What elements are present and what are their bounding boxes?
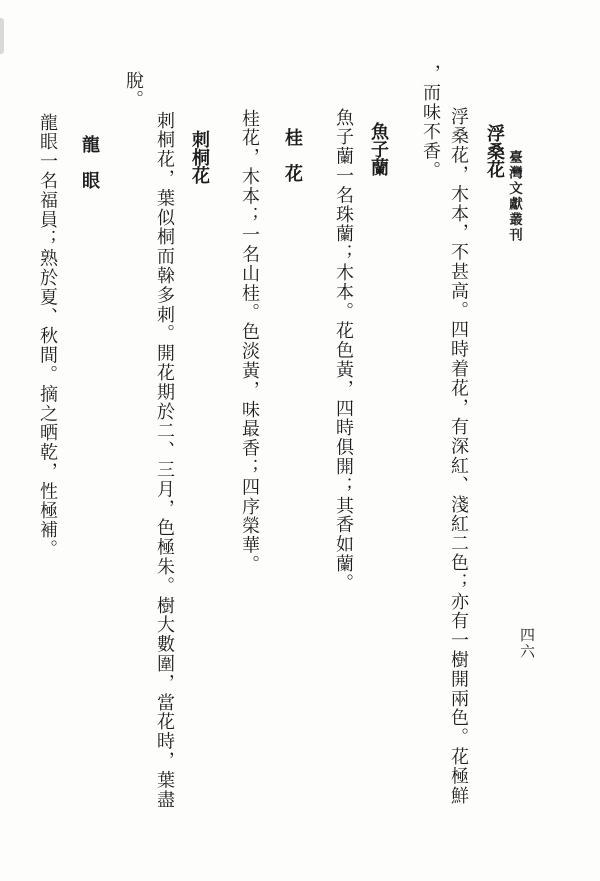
entry-heading-fusanghua: 浮桑花 [481, 124, 507, 178]
entry-heading-longyan: 龍 眼 [76, 135, 102, 189]
entry-heading-guihua: 桂 花 [279, 128, 305, 182]
series-title: 臺灣文獻叢刊 [504, 150, 524, 243]
scan-edge-artifact [0, 18, 4, 54]
entry-body-column: 桂花，木本；一名山桂。色淡黃，味最香；四序榮華。 [236, 109, 262, 575]
entry-body-column: 龍眼一名福員；熟於夏、秋間。摘之晒乾，性極補。 [34, 113, 60, 559]
entry-heading-citonghua: 刺桐花 [186, 130, 212, 184]
scanned-book-page: 臺灣文獻叢刊 浮桑花 浮桑花，木本，不甚高。四時着花，有深紅、淺紅二色；亦有一樹… [0, 0, 600, 881]
entry-heading-yuzilan: 魚子蘭 [365, 122, 391, 176]
entry-body-column: 浮桑花，木本，不甚高。四時着花，有深紅、淺紅二色；亦有一樹開兩色。花極鮮 [445, 107, 471, 805]
entry-body-column: 刺桐花，葉似桐而榦多刺。開花期於二、三月，色極朱。樹大數圍，當花時，葉盡 [151, 111, 177, 809]
page-number: 四六 [517, 627, 538, 660]
entry-body-column: ，而味不香。 [417, 64, 443, 180]
entry-body-column: 魚子蘭一名珠蘭；木本。花色黃，四時俱開；其香如蘭。 [330, 108, 356, 593]
entry-body-column: 脫。 [120, 71, 146, 110]
